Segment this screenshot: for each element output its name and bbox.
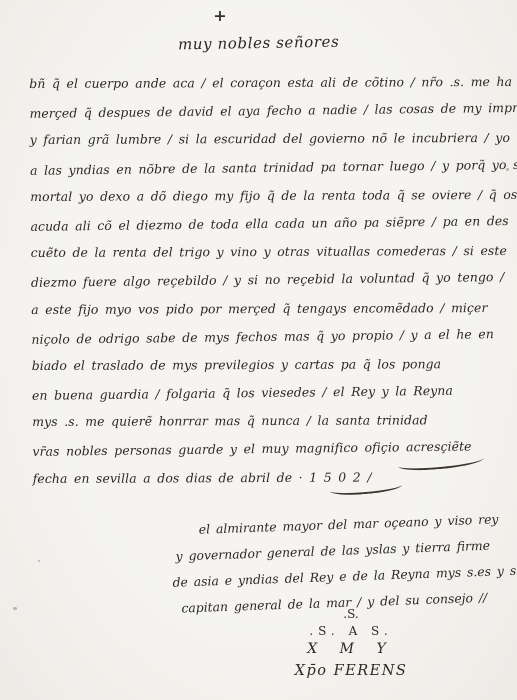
letter-line: cuẽto de la renta del trigo y vino y otr… — [31, 237, 499, 267]
sigla-row: .S. — [278, 606, 424, 623]
manuscript-page: + muy nobles señores bñ q̃ el cuerpo and… — [0, 0, 517, 700]
letter-line: acuda ali cõ el diezmo de toda ella cada… — [30, 207, 498, 241]
paper-speck — [38, 560, 40, 562]
letter-line: mys .s. me quierẽ honrrar mas q̃ nunca /… — [32, 406, 500, 436]
letter-line: niçolo de odrigo sabe de mys fechos mas … — [31, 320, 499, 354]
salutation: muy nobles señores — [178, 33, 340, 54]
letter-line: mortal yo dexo a dõ diego my fijo q̃ de … — [30, 181, 498, 211]
letter-line: en buena guardia / folgaria q̃ los viese… — [32, 376, 500, 410]
letter-line: a este fijo myo vos pido por merçed q̃ t… — [31, 293, 499, 323]
sigla-row: .S. A S. — [278, 623, 424, 640]
letter-body: bñ q̃ el cuerpo ande aca / el coraçon es… — [29, 67, 501, 494]
letter-line: diezmo fuere algo reçebildo / y si no re… — [31, 263, 499, 297]
letter-line: y farian grã lumbre / si la escuridad de… — [30, 124, 498, 154]
sigla-row: X M Y — [278, 640, 424, 659]
letter-line: a las yndias en nõbre de la santa trinid… — [30, 151, 498, 185]
paper-speck — [506, 168, 509, 171]
signature-block: el almirante mayor del mar oçeano y viso… — [170, 506, 503, 621]
columbus-signature: Xp̄o FERENS — [278, 663, 424, 679]
paper-speck — [13, 607, 17, 610]
letter-line: biado el traslado de mys previlegios y c… — [32, 350, 500, 380]
letter-line: bñ q̃ el cuerpo ande aca / el coraçon es… — [29, 68, 497, 98]
letter-line: merçed q̃ despues de david el aya fecho … — [29, 94, 497, 128]
cross-mark: + — [205, 6, 235, 25]
columbus-sigla: .S. .S. A S. X M Y Xp̄o FERENS — [278, 606, 424, 679]
